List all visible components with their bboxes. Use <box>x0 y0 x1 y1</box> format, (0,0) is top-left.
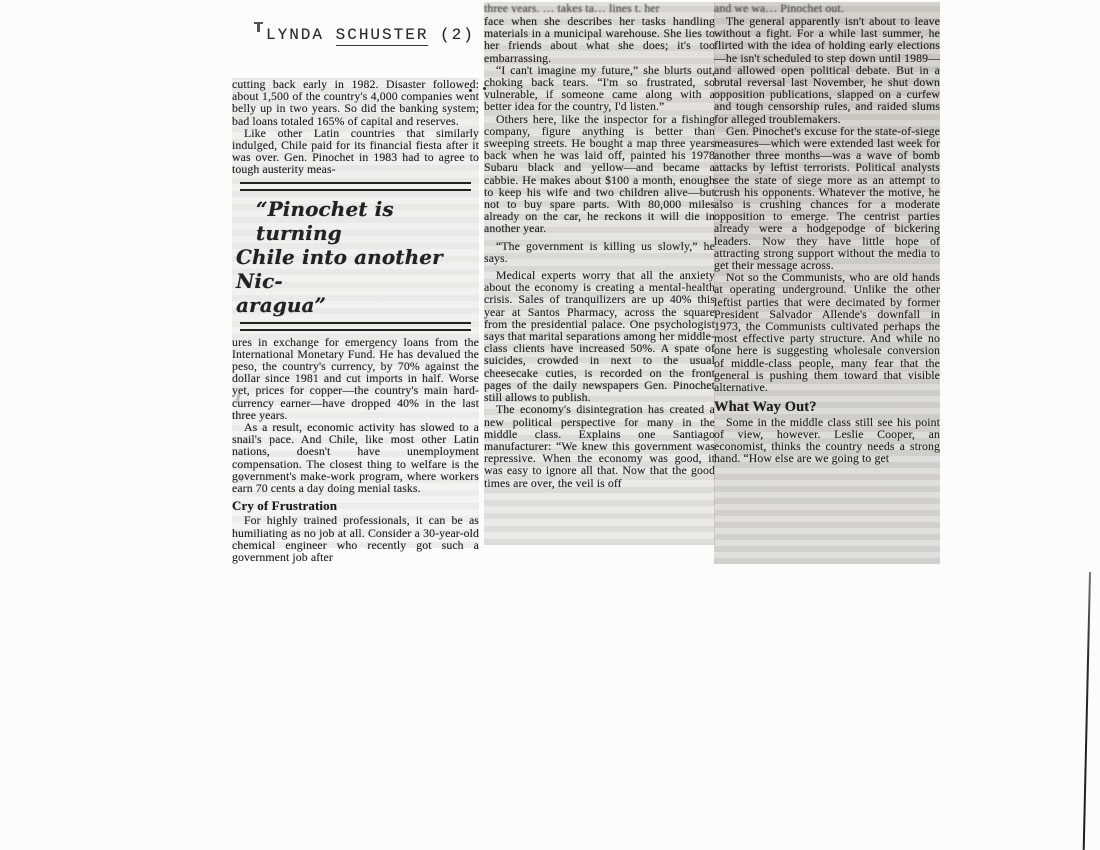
col3-paragraph-4: Some in the middle class still see his p… <box>714 416 940 465</box>
col1-paragraph-1: cutting back early in 1982. Disaster fol… <box>232 78 479 127</box>
pull-quote-rule-bottom <box>240 322 471 331</box>
stray-ink-mark-stem <box>257 22 260 32</box>
article-column-2: three years. … takes ta… lines t. her fa… <box>484 2 715 545</box>
pull-quote-line-3: aragua” <box>236 293 475 317</box>
col1-paragraph-4: As a result, economic activity has slowe… <box>232 421 479 494</box>
col1-subheading: Cry of Frustration <box>232 500 479 512</box>
scanned-newspaper-page: { "byline": { "part1": "LYNDA", "part2":… <box>0 0 1100 850</box>
ink-dot <box>483 87 486 90</box>
newspaper-clipping: LYNDA SCHUSTER (2) cutting back early in… <box>0 0 1100 850</box>
col2-quote-paragraph: “The government is killing us slowly,” h… <box>484 240 715 264</box>
byline: LYNDA SCHUSTER (2) <box>266 26 486 44</box>
pull-quote-line-1: “Pinochet is turning <box>236 197 475 245</box>
byline-last-name: SCHUSTER <box>336 26 429 46</box>
article-column-3: and we wa… Pinochet out. The general app… <box>714 2 940 564</box>
stray-ink-mark <box>254 22 263 32</box>
scan-fold-line <box>1083 572 1091 850</box>
col3-paragraph-2: Gen. Pinochet's excuse for the state-of-… <box>714 125 940 271</box>
article-column-1: cutting back early in 1982. Disaster fol… <box>232 78 479 548</box>
col2-paragraph-3: Others here, like the inspector for a fi… <box>484 113 715 235</box>
byline-number: (2) <box>440 26 475 44</box>
col1-paragraph-3: ures in exchange for emergency loans fro… <box>232 336 479 421</box>
pull-quote-line-2: Chile into another Nic- <box>236 245 475 293</box>
col1-paragraph-5: For highly trained professionals, it can… <box>232 514 479 563</box>
pull-quote-text: “Pinochet is turning Chile into another … <box>234 191 477 322</box>
byline-first-name: LYNDA <box>266 26 324 44</box>
col3-subheading: What Way Out? <box>714 401 940 413</box>
col1-paragraph-2: Like other Latin countries that similarl… <box>232 127 479 176</box>
pull-quote: “Pinochet is turning Chile into another … <box>234 182 477 331</box>
ink-dot <box>469 89 472 92</box>
col3-cut-top-line: and we wa… Pinochet out. <box>714 2 940 13</box>
pull-quote-rule-top <box>240 182 471 191</box>
col2-paragraph-2: “I can't imagine my future,” she blurts … <box>484 64 715 113</box>
col2-paragraph-5: Medical experts worry that all the anxie… <box>484 269 715 403</box>
col2-paragraph-6: The economy's disintegration has created… <box>484 403 715 488</box>
col2-paragraph-1: face when she describes her tasks handli… <box>484 15 715 64</box>
col3-paragraph-1: The general apparently isn't about to le… <box>714 15 940 125</box>
col3-paragraph-3: Not so the Communists, who are old hands… <box>714 271 940 393</box>
col2-cut-top-line: three years. … takes ta… lines t. her <box>484 2 715 13</box>
